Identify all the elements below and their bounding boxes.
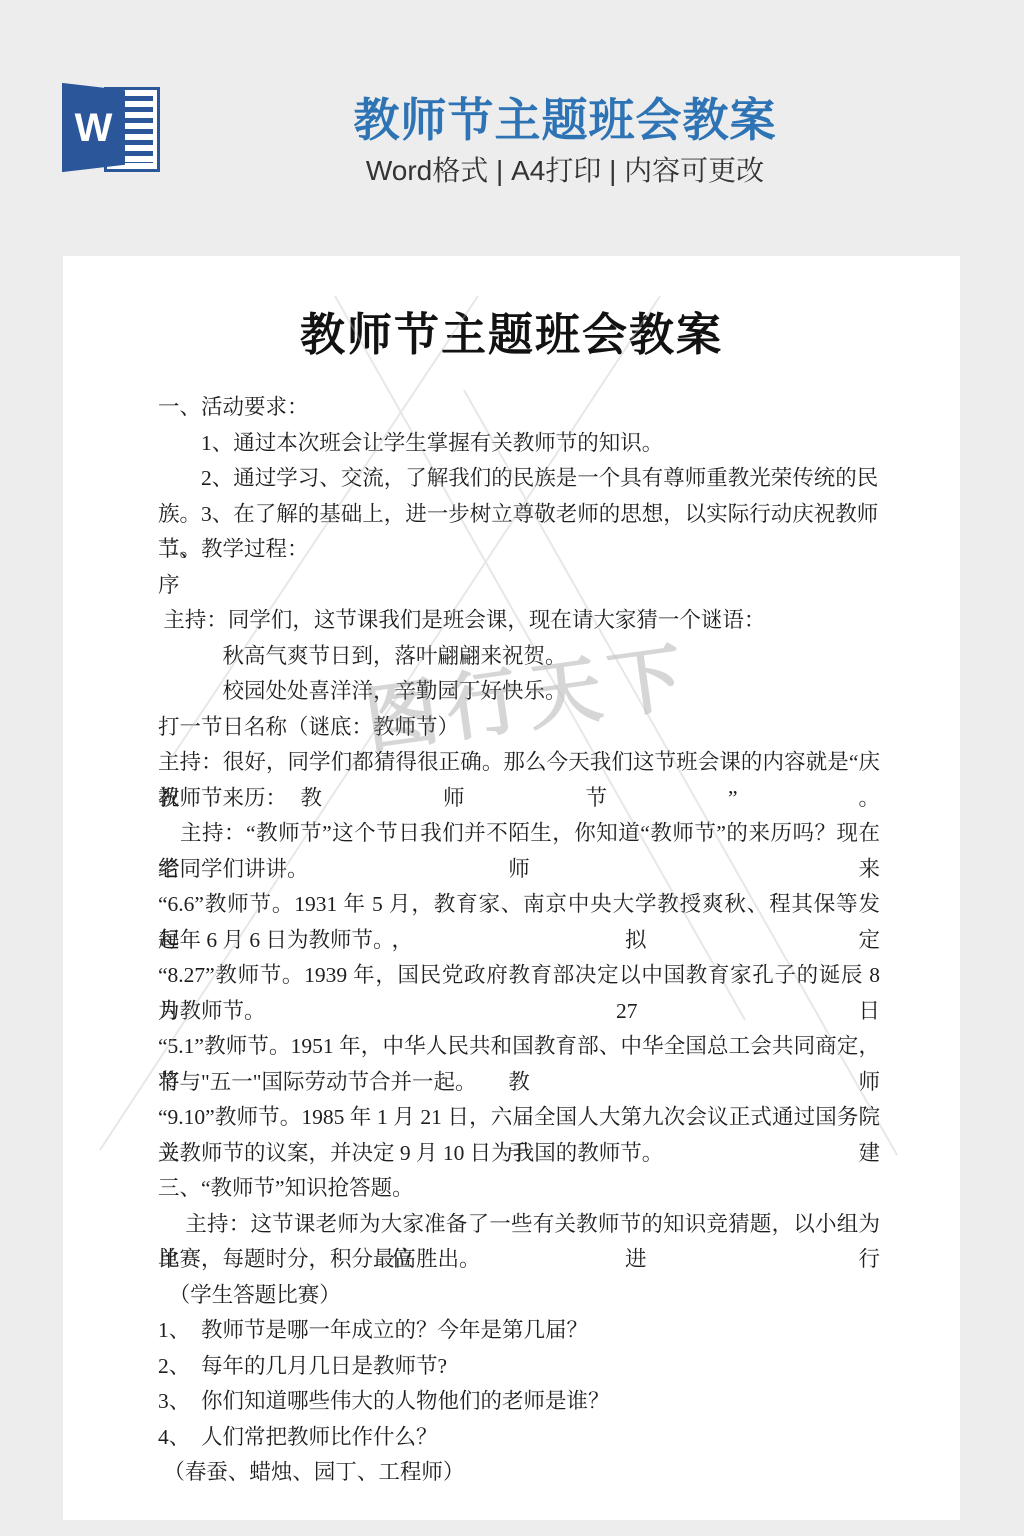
header-title: 教师节主题班会教案 <box>310 94 820 147</box>
template-preview-screen: W 教师节主题班会教案 Word格式 | A4打印 | 内容可更改 教师节主题班… <box>0 0 1024 1536</box>
doc-line: （学生答题比赛） <box>158 1278 880 1314</box>
doc-line: 3、 你们知道哪些伟大的人物他们的老师是谁？ <box>158 1384 880 1420</box>
header-subtitle: Word格式 | A4打印 | 内容可更改 <box>310 154 820 188</box>
doc-line: 1、 教师节是哪一年成立的？今年是第几届？ <box>158 1313 880 1349</box>
doc-line: “9.10”教师节。1985 年 1 月 21 日，六届全国人大第九次会议正式通… <box>158 1100 880 1136</box>
doc-line: 2、 每年的几月几日是教师节? <box>158 1349 880 1385</box>
doc-line: 主持：同学们，这节课我们是班会课，现在请大家猜一个谜语： <box>158 603 880 639</box>
doc-line: 秋高气爽节日到，落叶翩翩来祝贺。 <box>158 639 880 675</box>
doc-line: 2、通过学习、交流，了解我们的民族是一个具有尊师重教光荣传统的民族。 <box>158 461 880 497</box>
word-icon-flag: W <box>62 82 125 173</box>
doc-line: 三、“教师节”知识抢答题。 <box>158 1171 880 1207</box>
doc-line: 序 <box>158 568 880 604</box>
doc-line: 主持：“教师节”这个节日我们并不陌生，你知道“教师节”的来历吗？现在老师来 <box>158 816 880 852</box>
header: W 教师节主题班会教案 Word格式 | A4打印 | 内容可更改 <box>0 0 1024 256</box>
doc-line: “8.27”教师节。1939 年，国民党政府教育部决定以中国教育家孔子的诞辰 8… <box>158 958 880 994</box>
doc-line: 二、教学过程： <box>158 532 880 568</box>
doc-line: 打一节日名称（谜底：教师节） <box>158 710 880 746</box>
word-icon: W <box>62 82 160 173</box>
doc-line: 主持：很好，同学们都猜得很正确。那么今天我们这节班会课的内容就是“庆祝教师节”。 <box>158 745 880 781</box>
doc-line: 一、活动要求： <box>158 390 880 426</box>
document-page: 教师节主题班会教案 一、活动要求： 1、通过本次班会让学生掌握有关教师节的知识。… <box>63 256 960 1520</box>
doc-line: 4、 人们常把教师比作什么？ <box>158 1420 880 1456</box>
doc-line: “5.1”教师节。1951 年，中华人民共和国教育部、中华全国总工会共同商定，将… <box>158 1029 880 1065</box>
doc-line: “6.6”教师节。1931 年 5 月，教育家、南京中央大学教授爽秋、程其保等发… <box>158 887 880 923</box>
doc-line: （春蚕、蜡烛、园丁、工程师） <box>158 1455 880 1491</box>
document-body: 一、活动要求： 1、通过本次班会让学生掌握有关教师节的知识。 2、通过学习、交流… <box>158 390 880 1491</box>
doc-line: 1、通过本次班会让学生掌握有关教师节的知识。 <box>158 426 880 462</box>
document-title: 教师节主题班会教案 <box>63 298 960 363</box>
doc-line: 3、在了解的基础上，进一步树立尊敬老师的思想，以实际行动庆祝教师节。 <box>158 497 880 533</box>
doc-line: 校园处处喜洋洋，辛勤园丁好快乐。 <box>158 674 880 710</box>
word-icon-letter: W <box>75 108 113 148</box>
doc-line: 主持：这节课老师为大家准备了一些有关教师节的知识竞猜题，以小组为单位进行 <box>158 1207 880 1243</box>
